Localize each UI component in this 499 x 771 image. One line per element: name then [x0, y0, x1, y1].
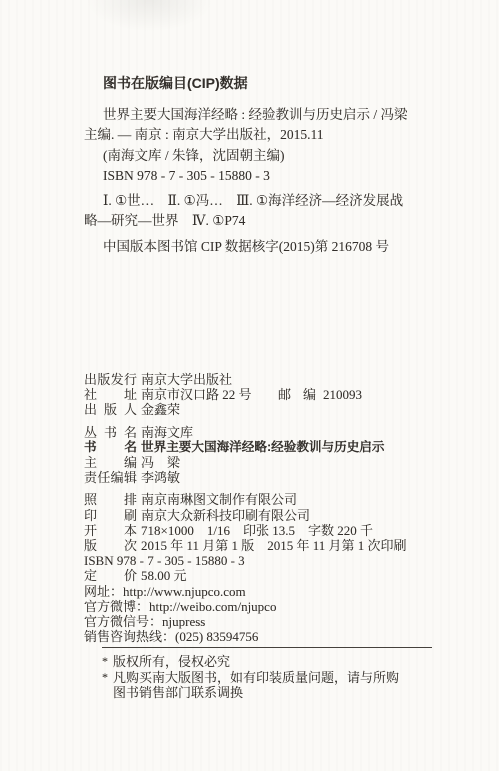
weibo-line: 官方微博：http://weibo.com/njupco	[84, 599, 452, 614]
isbn-row: ISBN 978 - 7 - 305 - 15880 - 3	[84, 553, 452, 568]
price-label: 定价	[84, 568, 137, 583]
address-row: 社址 南京市汉口路 22 号 邮编 210093	[84, 387, 452, 402]
note-asterisk: *	[102, 654, 113, 669]
wechat-line: 官方微信号：njupress	[84, 614, 452, 629]
cip-title-line: 世界主要大国海洋经略 : 经验教训与历史启示 / 冯梁	[84, 105, 452, 126]
series-name-value: 南海文库	[141, 425, 193, 440]
postal-code: 邮编 210093	[278, 387, 362, 402]
note-line: 图书销售部门联系调换	[102, 685, 452, 700]
wechat-text: 官方微信号：njupress	[84, 614, 205, 629]
publisher-person-label: 出版人	[84, 402, 137, 417]
cip-record-line: 中国版本图书馆 CIP 数据核字(2015)第 216708 号	[84, 237, 452, 258]
typesetting-label: 照排	[84, 492, 137, 507]
note-text: 版权所有，侵权必究	[113, 654, 230, 669]
postal-label: 邮编	[278, 387, 316, 402]
postal-value: 210093	[323, 387, 362, 402]
cip-block: 图书在版编目(CIP)数据 世界主要大国海洋经略 : 经验教训与历史启示 / 冯…	[84, 73, 452, 257]
hotline-line: 销售咨询热线：(025) 83594756	[84, 629, 452, 644]
format-label: 开本	[84, 523, 137, 538]
price-row: 定价 58.00 元	[84, 568, 452, 583]
book-title-label: 书名	[84, 440, 137, 455]
printing-label: 印刷	[84, 508, 137, 523]
cip-classification-line-1: Ⅰ. ①世… Ⅱ. ①冯… Ⅲ. ①海洋经济—经济发展战	[84, 191, 452, 212]
divider-rule	[102, 647, 432, 648]
weibo-text: 官方微博：http://weibo.com/njupco	[84, 599, 276, 614]
typesetting-value: 南京南琳图文制作有限公司	[141, 492, 297, 507]
edition-label: 版次	[84, 538, 137, 553]
hotline-text: 销售咨询热线：(025) 83594756	[84, 629, 258, 644]
publisher-row: 出版发行 南京大学出版社	[84, 372, 452, 387]
cip-series-line: (南海文库 / 朱锋，沈固朝主编)	[84, 146, 452, 167]
publisher-label: 出版发行	[84, 372, 137, 387]
format-value: 718×1000 1/16 印张 13.5 字数 220 千	[141, 523, 373, 538]
series-name-label: 丛书名	[84, 425, 137, 440]
chief-editor-row: 主编 冯 梁	[84, 455, 452, 470]
managing-editor-label: 责任编辑	[84, 470, 137, 485]
note-asterisk	[102, 685, 113, 700]
edition-row: 版次 2015 年 11 月第 1 版 2015 年 11 月第 1 次印刷	[84, 538, 452, 553]
price-value: 58.00 元	[141, 568, 187, 583]
isbn-value: ISBN 978 - 7 - 305 - 15880 - 3	[84, 553, 245, 568]
note-asterisk: *	[102, 670, 113, 685]
printing-value: 南京大众新科技印刷有限公司	[141, 508, 310, 523]
note-line: * 凡购买南大版图书，如有印装质量问题，请与所购	[102, 670, 452, 685]
chief-editor-value: 冯 梁	[141, 455, 180, 470]
address-label: 社址	[84, 387, 137, 402]
chief-editor-label: 主编	[84, 455, 137, 470]
publisher-person-row: 出版人 金鑫荣	[84, 402, 452, 417]
printing-row: 印刷 南京大众新科技印刷有限公司	[84, 508, 452, 523]
copyright-notes: * 版权所有，侵权必究 * 凡购买南大版图书，如有印装质量问题，请与所购 图书销…	[84, 654, 452, 700]
cip-isbn-line: ISBN 978 - 7 - 305 - 15880 - 3	[84, 166, 452, 187]
book-copyright-page: 图书在版编目(CIP)数据 世界主要大国海洋经略 : 经验教训与历史启示 / 冯…	[0, 0, 499, 771]
note-line: * 版权所有，侵权必究	[102, 654, 452, 669]
managing-editor-row: 责任编辑 李鸿敏	[84, 470, 452, 485]
book-title-value: 世界主要大国海洋经略:经验教训与历史启示	[141, 440, 384, 455]
address-value: 南京市汉口路 22 号	[141, 387, 252, 402]
cip-header: 图书在版编目(CIP)数据	[84, 73, 452, 94]
cip-editor-line: 主编. — 南京 : 南京大学出版社，2015.11	[84, 125, 452, 146]
colophon-block: 出版发行 南京大学出版社 社址 南京市汉口路 22 号 邮编 210093 出版…	[84, 372, 452, 700]
managing-editor-value: 李鸿敏	[141, 470, 180, 485]
website-text: 网址：http://www.njupco.com	[84, 584, 246, 599]
website-line: 网址：http://www.njupco.com	[84, 584, 452, 599]
edition-value: 2015 年 11 月第 1 版 2015 年 11 月第 1 次印刷	[141, 538, 407, 553]
publisher-person-value: 金鑫荣	[141, 402, 180, 417]
book-title-row: 书名 世界主要大国海洋经略:经验教训与历史启示	[84, 440, 452, 455]
typesetting-row: 照排 南京南琳图文制作有限公司	[84, 492, 452, 507]
cip-classification-line-2: 略—研究—世界 Ⅳ. ①P74	[84, 211, 452, 232]
publisher-value: 南京大学出版社	[141, 372, 232, 387]
format-row: 开本 718×1000 1/16 印张 13.5 字数 220 千	[84, 523, 452, 538]
note-text: 图书销售部门联系调换	[113, 685, 243, 700]
note-text: 凡购买南大版图书，如有印装质量问题，请与所购	[113, 670, 399, 685]
series-name-row: 丛书名 南海文库	[84, 425, 452, 440]
